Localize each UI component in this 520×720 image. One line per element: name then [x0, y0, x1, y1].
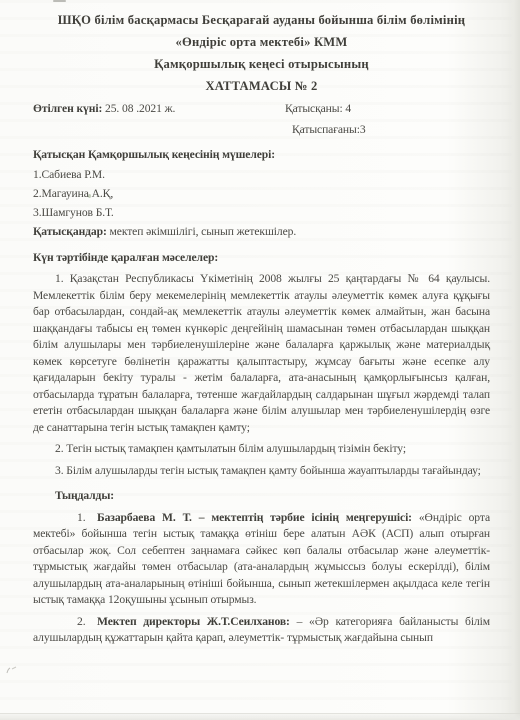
agenda-heading: Күн тәртібінде қаралған мәселелер:	[33, 250, 490, 267]
participants-label: Қатысқандар:	[33, 225, 107, 238]
heard-item-2: 2.Мектеп директоры Ж.Т.Сеилханов: – «Әр …	[33, 614, 490, 647]
scan-bottom-line	[0, 713, 520, 714]
document-content: ШҚО білім басқармасы Бесқарағай ауданы б…	[0, 0, 520, 647]
members-heading: Қатысқан Қамқоршылық кеңесінің мүшелері:	[33, 147, 490, 164]
heard-item-number: 2.	[55, 614, 97, 631]
pencil-mark	[6, 666, 18, 675]
member-item: 3.Шамгунов Б.Т.	[33, 205, 490, 222]
participants-line: Қатысқандар: мектеп әкімшілігі, сынып же…	[33, 224, 490, 241]
participants-value: мектеп әкімшілігі, сынып жетекшілер.	[107, 225, 296, 238]
agenda-item-1: 1. Қазақстан Республикасы Үкіметінің 200…	[33, 271, 490, 436]
speech-text: «Өндіріс орта мектебі» бойынша тегін ыст…	[33, 511, 490, 607]
school-name-line: «Өндіріс орта мектебі» КММ	[33, 35, 490, 49]
agenda-item-2: 2. Тегін ыстық тамақпен қамтылатын білім…	[33, 441, 490, 458]
meta-row: Өтілген күні: 25. 08 .2021 ж. Қатысқаны:…	[33, 101, 490, 138]
speaker-name: Мектеп директоры Ж.Т.Сеилханов:	[97, 615, 290, 628]
attended-count: Қатысқаны: 4	[285, 101, 490, 118]
speaker-name: Базарбаева М. Т. – мектептің тәрбие ісін…	[97, 511, 412, 524]
heard-item-1: 1.Базарбаева М. Т. – мектептің тәрбие іс…	[33, 510, 490, 609]
protocol-number-title: ХАТТАМАСЫ № 2	[33, 79, 490, 93]
heard-item-number: 1.	[55, 510, 97, 527]
heard-heading: Тыңдалды:	[55, 488, 490, 505]
scanned-document: ШҚО білім басқармасы Бесқарағай ауданы б…	[0, 0, 520, 720]
date-label: Өтілген күні:	[33, 102, 102, 115]
attendance-block: Қатысқаны: 4 Қатыспағаны:3	[285, 101, 490, 138]
meeting-date-line: Өтілген күні: 25. 08 .2021 ж.	[33, 101, 285, 138]
date-value: 25. 08 .2021 ж.	[102, 102, 175, 115]
page-edge-shadow-bottom	[0, 713, 520, 720]
member-item: 1.Сабиева Р.М.	[33, 167, 490, 184]
council-meeting-line: Қамқоршылық кеңесі отырысының	[33, 57, 490, 71]
org-name-line: ШҚО білім басқармасы Бесқарағай ауданы б…	[33, 13, 490, 27]
absent-count: Қатыспағаны:3	[292, 122, 490, 139]
member-item: 2.Магауина А.Қ,	[33, 186, 490, 203]
agenda-item-3: 3. Білім алушыларды тегін ыстық тамақпен…	[33, 463, 490, 480]
